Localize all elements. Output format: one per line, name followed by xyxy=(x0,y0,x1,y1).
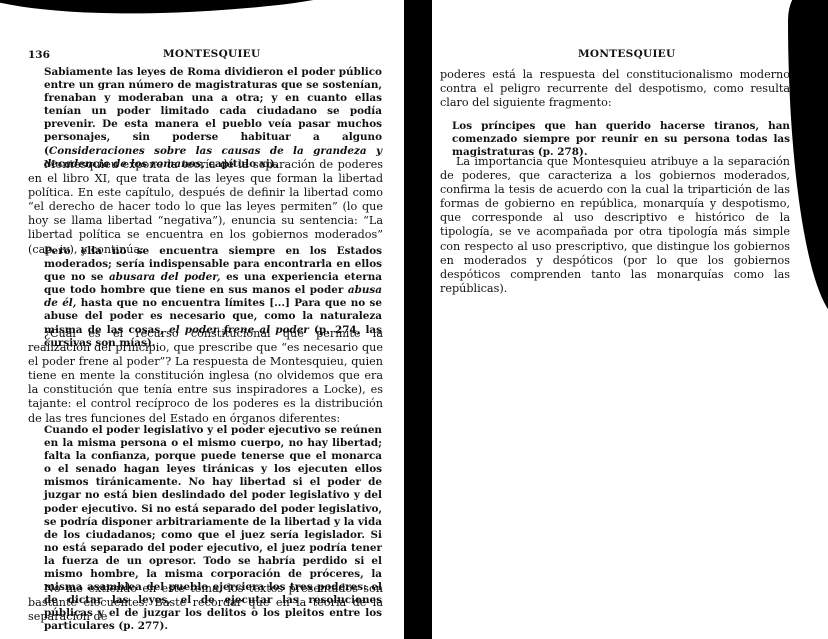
body-paragraph: poderes está la respuesta del constituci… xyxy=(440,68,790,110)
page-number: 136 xyxy=(28,49,50,61)
body-paragraph: ¿Cuál es el recurso constitucional que p… xyxy=(28,327,383,426)
scan-shadow xyxy=(788,0,828,320)
body-paragraph: No me extiendo en este tema, los textos … xyxy=(28,582,383,624)
block-quote: Sabiamente las leyes de Roma dividieron … xyxy=(44,66,382,171)
scan-shadow xyxy=(0,0,404,39)
right-page: MONTESQUIEU poderes está la respuesta de… xyxy=(432,0,828,639)
left-page: 136 MONTESQUIEU Sabiamente las leyes de … xyxy=(0,0,404,639)
running-head: MONTESQUIEU xyxy=(578,48,675,60)
body-paragraph: Montesquieu expone la teoría de la separ… xyxy=(28,158,383,257)
body-paragraph: La importancia que Montesquieu atribuye … xyxy=(440,155,790,296)
running-head: MONTESQUIEU xyxy=(163,48,260,60)
block-quote: Los príncipes que han querido hacerse ti… xyxy=(452,120,790,159)
